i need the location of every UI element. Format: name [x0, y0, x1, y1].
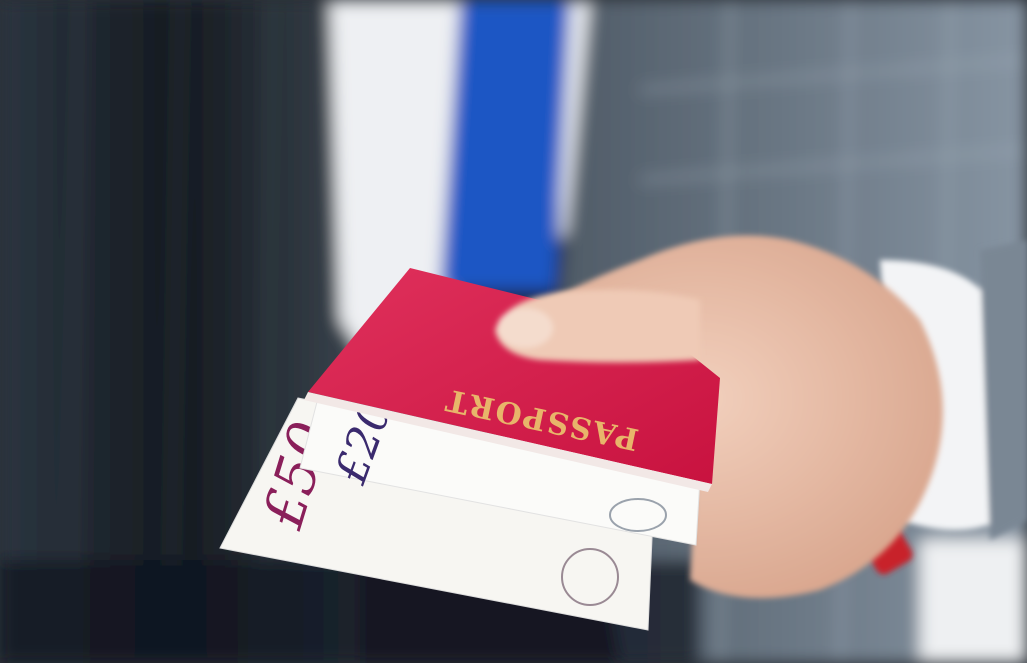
photo-illustration: £50 £20 PASSPORT — [0, 0, 1027, 663]
photo-scene: £50 £20 PASSPORT — [0, 0, 1027, 663]
